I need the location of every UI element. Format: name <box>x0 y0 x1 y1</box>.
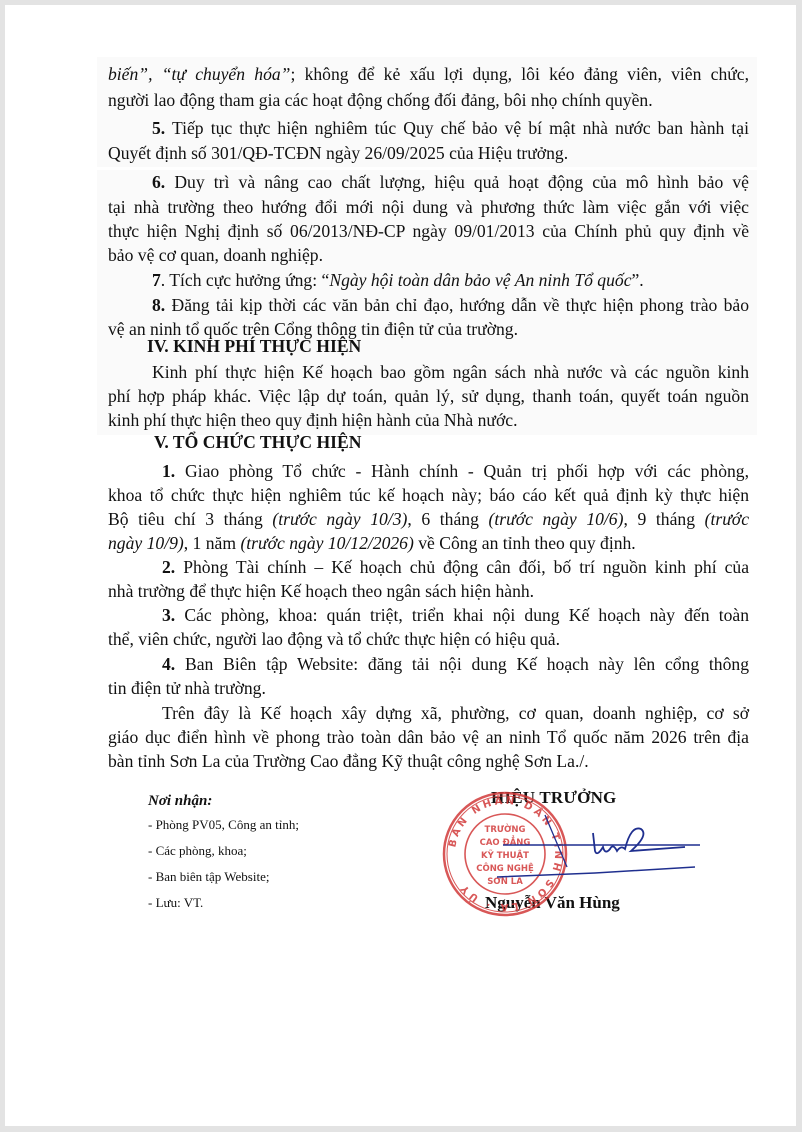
text-line: bàn tỉnh Sơn La của Trường Cao đẳng Kỹ t… <box>108 749 749 773</box>
text-line: ngày 10/9), 1 năm (trước ngày 10/12/2026… <box>108 531 749 555</box>
document-page: biến”, “tự chuyển hóa”; không để kẻ xấu … <box>5 5 796 1126</box>
recipient-item: - Lưu: VT. <box>148 890 408 916</box>
text-line: khoa tổ chức thực hiện nghiêm túc kế hoạ… <box>108 483 749 507</box>
text-line: 3. Các phòng, khoa: quán triệt, triển kh… <box>162 603 749 627</box>
text-line: Bộ tiêu chí 3 tháng (trước ngày 10/3), 6… <box>108 507 749 531</box>
recipient-item: - Các phòng, khoa; <box>148 838 408 864</box>
text-line: Quyết định số 301/QĐ-TCĐN ngày 26/09/202… <box>108 141 749 165</box>
text-line: 5. Tiếp tục thực hiện nghiêm túc Quy chế… <box>152 116 749 140</box>
text-line: 8. Đăng tải kịp thời các văn bản chỉ đạo… <box>152 293 749 317</box>
text-line: giáo dục điển hình về phong trào toàn dâ… <box>108 725 749 749</box>
handwritten-signature-icon <box>445 785 705 915</box>
text-line: bảo vệ cơ quan, doanh nghiệp. <box>108 243 749 267</box>
text-line: người lao động tham gia các hoạt động ch… <box>108 88 749 112</box>
text-line: 4. Ban Biên tập Website: đăng tải nội du… <box>162 652 749 676</box>
text-line: biến”, “tự chuyển hóa”; không để kẻ xấu … <box>108 62 749 86</box>
text-line: thể, viên chức, người lao động và tổ chứ… <box>108 627 749 651</box>
text-line: 1. Giao phòng Tổ chức - Hành chính - Quả… <box>162 459 749 483</box>
recipients-block: Nơi nhận: - Phòng PV05, Công an tỉnh; - … <box>148 790 408 916</box>
text-line: phí hợp pháp khác. Việc lập dự toán, quả… <box>108 384 749 408</box>
text-line: tin điện tử nhà trường. <box>108 676 749 700</box>
text-line: kinh phí thực hiện theo quy định hiện hà… <box>108 408 749 432</box>
signature-block: HIỆU TRƯỞNG BAN NHÂN DÂN TỈNH SƠN LA · Ủ… <box>445 785 675 925</box>
text-line: Kinh phí thực hiện Kế hoạch bao gồm ngân… <box>152 360 749 384</box>
text-line: Trên đây là Kế hoạch xây dựng xã, phường… <box>162 701 749 725</box>
text-line: 6. Duy trì và nâng cao chất lượng, hiệu … <box>152 170 749 194</box>
section-heading: IV. KINH PHÍ THỰC HIỆN <box>147 334 788 358</box>
text-line: nhà trường để thực hiện Kế hoạch theo ng… <box>108 579 749 603</box>
section-heading: V. TỔ CHỨC THỰC HIỆN <box>154 430 795 454</box>
recipient-item: - Phòng PV05, Công an tỉnh; <box>148 812 408 838</box>
text-line: tại nhà trường theo hướng đổi mới nội du… <box>108 195 749 219</box>
recipients-title: Nơi nhận: <box>148 790 408 812</box>
text-line: 7. Tích cực hưởng ứng: “Ngày hội toàn dâ… <box>152 268 749 292</box>
text-line: thực hiện Nghị định số 06/2013/NĐ-CP ngà… <box>108 219 749 243</box>
recipient-item: - Ban biên tập Website; <box>148 864 408 890</box>
text-line: 2. Phòng Tài chính – Kế hoạch chủ động c… <box>162 555 749 579</box>
